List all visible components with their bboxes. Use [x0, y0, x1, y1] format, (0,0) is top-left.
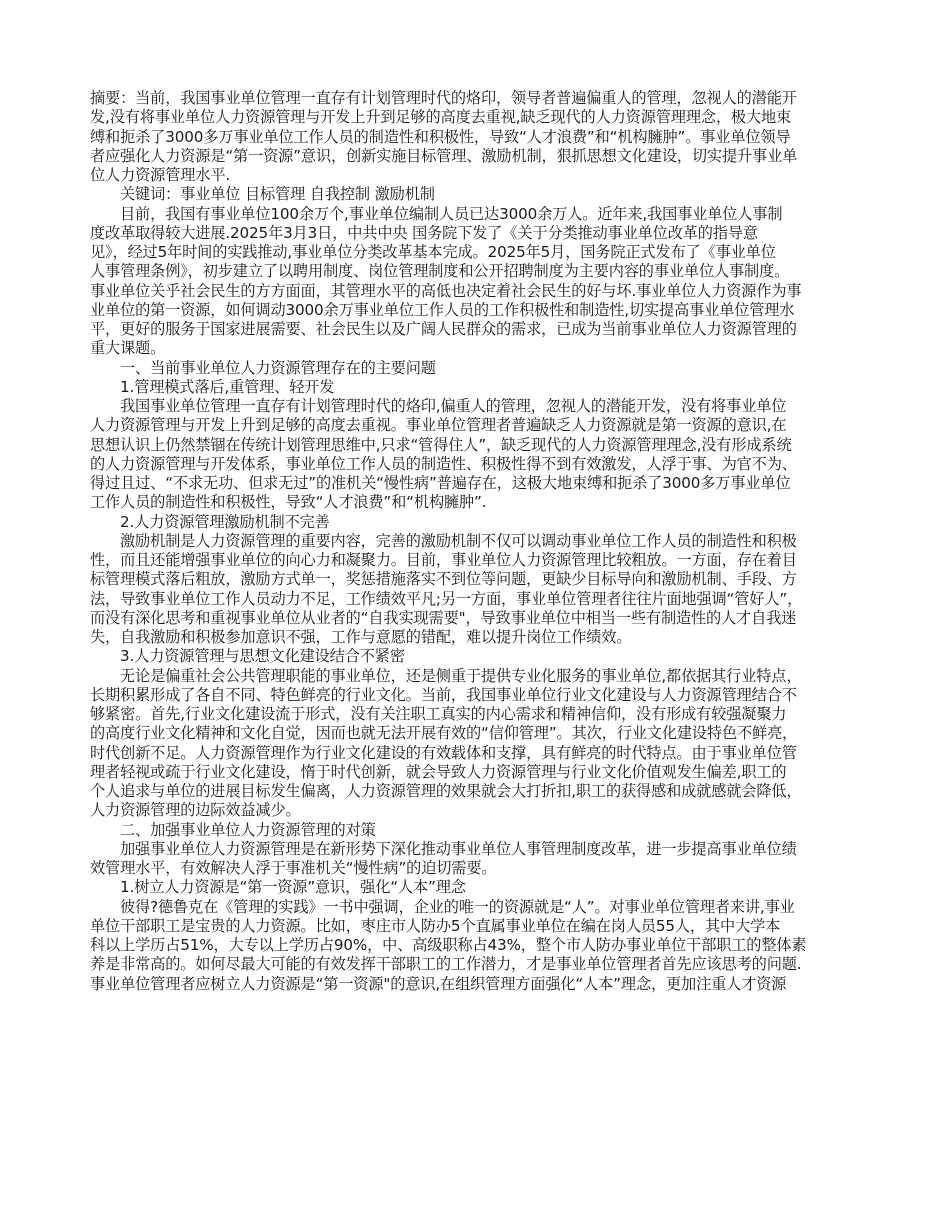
- text-line: 我国事业单位管理一直存有计划管理时代的烙印,偏重人的管理，忽视人的潜能开发，没有…: [90, 397, 860, 416]
- abstract-paragraph: 摘要：当前，我国事业单位管理一直存有计划管理时代的烙印，领导者普遍偏重人的管理，…: [90, 89, 860, 185]
- text-line: 的人力资源管理与开发体系，事业单位工作人员的制造性、积极性得不到有效激发，人浮于…: [90, 455, 860, 474]
- text-line: 度改革取得较大进展.2025年3月3日，中共中央 国务院下发了《关于分类推动事业…: [90, 224, 860, 243]
- subsection-2-1-paragraph: 彼得?德鲁克在《管理的实践》一书中强调，企业的唯一的资源就是“人”。对事业单位管…: [90, 898, 860, 994]
- document-page: 摘要：当前，我国事业单位管理一直存有计划管理时代的烙印，领导者普遍偏重人的管理，…: [90, 89, 860, 994]
- text-line: 平，更好的服务于国家进展需要、社会民生以及广阔人民群众的需求，已成为当前事业单位…: [90, 320, 860, 339]
- text-line: 目前，我国有事业单位100余万个,事业单位编制人员已达3000余万人。近年来,我…: [90, 205, 860, 224]
- text-line: 摘要：当前，我国事业单位管理一直存有计划管理时代的烙印，领导者普遍偏重人的管理，…: [90, 89, 860, 108]
- text-line: 缚和扼杀了3000多万事业单位工作人员的制造性和积极性，导致“人才浪费”和“机构…: [90, 128, 860, 147]
- text-line: 失，自我激励和积极参加意识不强，工作与意愿的错配，难以提升岗位工作绩效。: [90, 628, 860, 647]
- subsection-1-2-paragraph: 激励机制是人力资源管理的重要内容，完善的激励机制不仅可以调动事业单位工作人员的制…: [90, 532, 860, 648]
- text-line: 事业单位管理者应树立人力资源是“第一资源"的意识,在组织管理方面强化“人本”理念…: [90, 975, 860, 994]
- section-heading-2: 二、加强事业单位人力资源管理的对策: [90, 821, 860, 840]
- text-line: 长期积累形成了各自不同、特色鲜亮的行业文化。当前，我国事业单位行业文化建设与人力…: [90, 686, 860, 705]
- text-line: 理者轻视或疏于行业文化建设，惰于时代创新，就会导致人力资源管理与行业文化价值观发…: [90, 763, 860, 782]
- text-line: 思想认识上仍然禁锢在传统计划管理思维中,只求“管得住人”，缺乏现代的人力资源管理…: [90, 436, 860, 455]
- section-heading-1: 一、当前事业单位人力资源管理存在的主要问题: [90, 359, 860, 378]
- text-line: 加强事业单位人力资源管理是在新形势下深化推动事业单位人事管理制度改革，进一步提高…: [90, 840, 860, 859]
- intro-paragraph: 目前，我国有事业单位100余万个,事业单位编制人员已达3000余万人。近年来,我…: [90, 205, 860, 359]
- text-line: 人力资源管理与开发上升到足够的高度去重视。事业单位管理者普遍缺乏人力资源就是第一…: [90, 416, 860, 435]
- text-line: 无论是偏重社会公共管理职能的事业单位，还是侧重于提供专业化服务的事业单位,都依据…: [90, 667, 860, 686]
- text-line: 养是非常高的。如何尽最大可能的有效发挥干部职工的工作潜力，才是事业单位管理者首先…: [90, 955, 860, 974]
- subsection-heading-1-3: 3.人力资源管理与思想文化建设结合不紧密: [90, 647, 860, 666]
- text-line: 性，而且还能增强事业单位的向心力和凝聚力。目前，事业单位人力资源管理比较粗放。一…: [90, 551, 860, 570]
- text-line: 激励机制是人力资源管理的重要内容，完善的激励机制不仅可以调动事业单位工作人员的制…: [90, 532, 860, 551]
- keywords: 关键词：事业单位 目标管理 自我控制 激励机制: [90, 185, 860, 204]
- text-line: 法，导致事业单位工作人员动力不足，工作绩效平凡;另一方面，事业单位管理者往往片面…: [90, 590, 860, 609]
- text-line: 科以上学历占51%，大专以上学历占90%，中、高级职称占43%，整个市人防办事业…: [90, 936, 860, 955]
- text-line: 事业单位关乎社会民生的方方面面，其管理水平的高低也决定着社会民生的好与坏.事业单…: [90, 282, 860, 301]
- text-line: 标管理模式落后粗放，激励方式单一，奖惩措施落实不到位等问题，更缺少目标导向和激励…: [90, 570, 860, 589]
- subsection-1-1-paragraph: 我国事业单位管理一直存有计划管理时代的烙印,偏重人的管理，忽视人的潜能开发，没有…: [90, 397, 860, 513]
- text-line: 彼得?德鲁克在《管理的实践》一书中强调，企业的唯一的资源就是“人”。对事业单位管…: [90, 898, 860, 917]
- text-line: 的高度行业文化精神和文化自觉，因而也就无法开展有效的“信仰管理”。其次，行业文化…: [90, 724, 860, 743]
- text-line: 而没有深化思考和重视事业单位从业者的“自我实现需要"，导致事业单位中相当一些有制…: [90, 609, 860, 628]
- text-line: 位人力资源管理水平.: [90, 166, 860, 185]
- text-line: 时代创新不足。人力资源管理作为行业文化建设的有效载体和支撑，具有鲜亮的时代特点。…: [90, 744, 860, 763]
- section-2-paragraph: 加强事业单位人力资源管理是在新形势下深化推动事业单位人事管理制度改革，进一步提高…: [90, 840, 860, 879]
- text-line: 发,没有将事业单位人力资源管理与开发上升到足够的高度去重视,缺乏现代的人力资源管…: [90, 108, 860, 127]
- subsection-heading-1-1: 1.管理模式落后,重管理、轻开发: [90, 378, 860, 397]
- text-line: 业单位的第一资源，如何调动3000余万事业单位工作人员的工作积极性和制造性,切实…: [90, 301, 860, 320]
- text-line: 得过且过、“不求无功、但求无过”的准机关“慢性病”普遍存在，这极大地束缚和扼杀了…: [90, 474, 860, 493]
- text-line: 人事管理条例》，初步建立了以聘用制度、岗位管理制度和公开招聘制度为主要内容的事业…: [90, 262, 860, 281]
- text-line: 见》，经过5年时间的实践推动,事业单位分类改革基本完成。2025年5月，国务院正…: [90, 243, 860, 262]
- subsection-1-3-paragraph: 无论是偏重社会公共管理职能的事业单位，还是侧重于提供专业化服务的事业单位,都依据…: [90, 667, 860, 821]
- text-line: 够紧密。首先,行业文化建设流于形式，没有关注职工真实的内心需求和精神信仰，没有形…: [90, 705, 860, 724]
- text-line: 重大课题。: [90, 339, 860, 358]
- text-line: 单位干部职工是宝贵的人力资源。比如，枣庄市人防办5个直属事业单位在编在岗人员55…: [90, 917, 860, 936]
- subsection-heading-1-2: 2.人力资源管理激励机制不完善: [90, 513, 860, 532]
- text-line: 者应强化人力资源是“第一资源”意识，创新实施目标管理、激励机制，狠抓思想文化建设…: [90, 147, 860, 166]
- text-line: 工作人员的制造性和积极性，导致“人才浪费”和“机构臃肿”.: [90, 493, 860, 512]
- subsection-heading-2-1: 1.树立人力资源是“第一资源”意识，强化“人本”理念: [90, 878, 860, 897]
- text-line: 人力资源管理的边际效益减少。: [90, 801, 860, 820]
- text-line: 效管理水平，有效解决人浮于事准机关“慢性病”的迫切需要。: [90, 859, 860, 878]
- text-line: 个人追求与单位的进展目标发生偏离，人力资源管理的效果就会大打折扣,职工的获得感和…: [90, 782, 860, 801]
